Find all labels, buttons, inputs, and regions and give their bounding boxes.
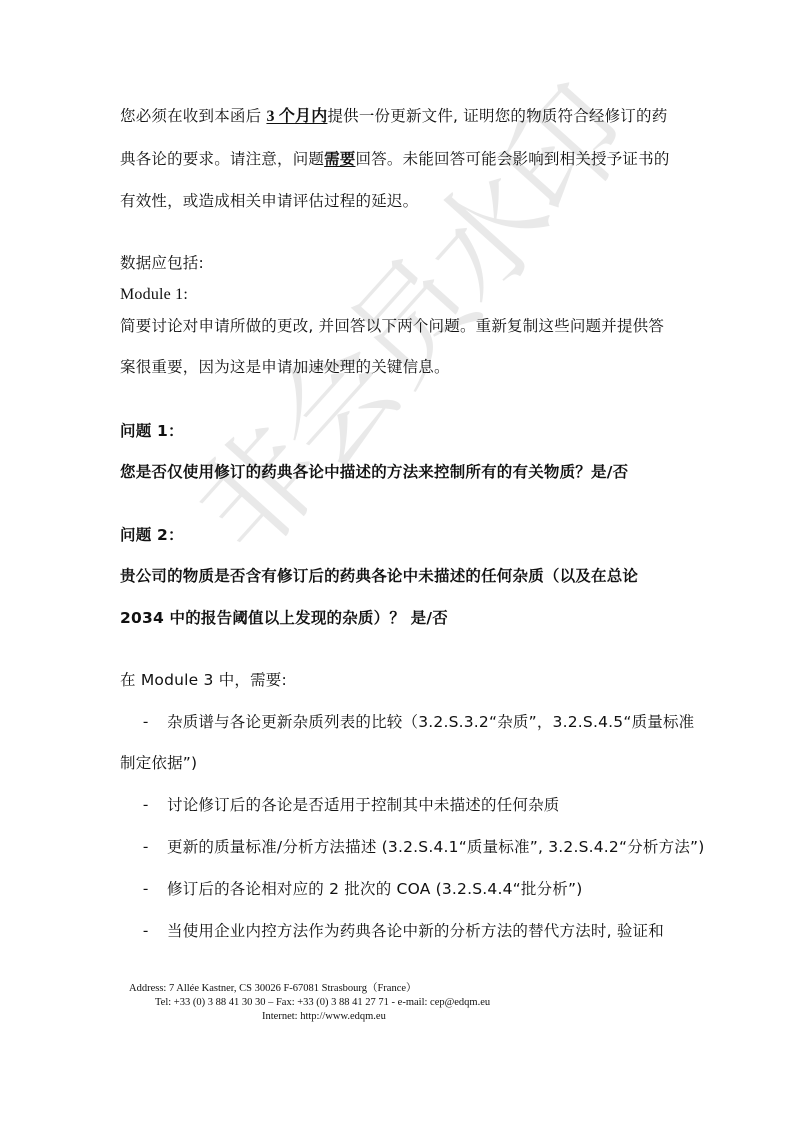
- module1-line-1: 简要讨论对申请所做的更改, 并回答以下两个问题。重新复制这些问题并提供答: [120, 316, 664, 336]
- module1-line-2: 案很重要，因为这是申请加速处理的关键信息。: [120, 357, 450, 377]
- question-1-label: 问题 1：: [120, 421, 184, 441]
- intro-line-2: 典各论的要求。请注意，问题需要回答。未能回答可能会影响到相关授予证书的: [120, 149, 670, 169]
- module1-label: Module 1:: [120, 285, 188, 305]
- bullet-text: 当使用企业内控方法作为药典各论中新的分析方法的替代方法时, 验证和: [167, 921, 664, 941]
- question-1-text: 您是否仅使用修订的药典各论中描述的方法来控制所有的有关物质？是/否: [120, 462, 628, 482]
- bullet-text: 更新的质量标准/分析方法描述 (3.2.S.4.1“质量标准”, 3.2.S.4…: [167, 837, 705, 857]
- data-heading: 数据应包括:: [120, 253, 204, 273]
- bullet-dash: -: [143, 879, 148, 899]
- bullet-text: 讨论修订后的各论是否适用于控制其中未描述的任何杂质: [167, 795, 560, 815]
- module3-bullet-continuation: 制定依据”): [120, 753, 197, 773]
- required-emphasis: 需要: [324, 150, 355, 168]
- footer-address: Address: 7 Allée Kastner, CS 30026 F-670…: [129, 982, 417, 995]
- deadline-emphasis: 3 个月内: [266, 108, 327, 125]
- bullet-text: 修订后的各论相对应的 2 批次的 COA (3.2.S.4.4“批分析”): [167, 879, 582, 899]
- document-page: 非会员水印 您必须在收到本函后 3 个月内提供一份更新文件, 证明您的物质符合经…: [0, 0, 794, 1123]
- intro-text: 典各论的要求。请注意，问题: [120, 150, 324, 168]
- footer-internet: Internet: http://www.edqm.eu: [262, 1010, 386, 1023]
- intro-line-1: 您必须在收到本函后 3 个月内提供一份更新文件, 证明您的物质符合经修订的药: [120, 106, 667, 127]
- intro-text: 您必须在收到本函后: [120, 107, 266, 125]
- bullet-dash: -: [143, 712, 148, 732]
- module3-intro: 在 Module 3 中，需要:: [120, 670, 287, 690]
- bullet-dash: -: [143, 921, 148, 941]
- bullet-dash: -: [143, 795, 148, 815]
- bullet-text: 杂质谱与各论更新杂质列表的比较（3.2.S.3.2“杂质”，3.2.S.4.5“…: [167, 712, 694, 732]
- intro-text: 回答。未能回答可能会影响到相关授予证书的: [356, 150, 670, 168]
- bullet-dash: -: [143, 837, 148, 857]
- intro-line-3: 有效性，或造成相关申请评估过程的延迟。: [120, 191, 418, 211]
- footer-contact: Tel: +33 (0) 3 88 41 30 30 – Fax: +33 (0…: [155, 996, 490, 1009]
- question-2-text-line-2: 2034 中的报告阈值以上发现的杂质）？ 是/否: [120, 608, 448, 628]
- intro-text: 提供一份更新文件, 证明您的物质符合经修订的药: [327, 107, 667, 125]
- question-2-text-line-1: 贵公司的物质是否含有修订后的药典各论中未描述的任何杂质（以及在总论: [120, 566, 638, 586]
- question-2-label: 问题 2：: [120, 525, 184, 545]
